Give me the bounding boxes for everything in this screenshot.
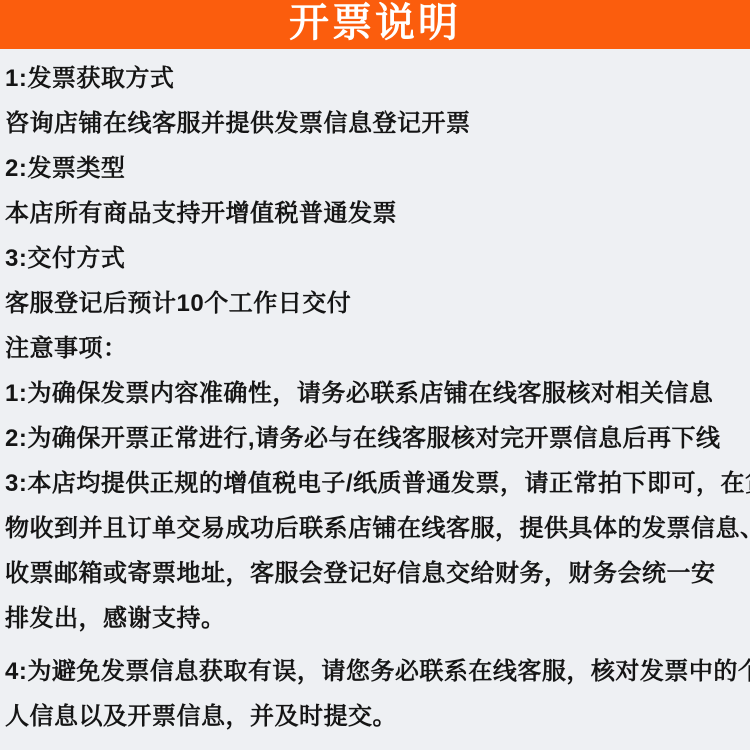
text-line-note-4-part-2: 人信息以及开票信息，并及时提交。: [5, 694, 746, 739]
text-line-note-4-part-1: 4:为避免发票信息获取有误，请您务必联系在线客服，核对发票中的个: [5, 649, 746, 694]
text-line-note-2: 2:为确保开票正常进行,请务必与在线客服核对完开票信息后再下线: [5, 416, 746, 461]
text-line-note-3-part-1: 3:本店均提供正规的增值税电子/纸质普通发票，请正常拍下即可，在货: [5, 461, 746, 506]
text-line-invoice-method-heading: 1:发票获取方式: [5, 56, 746, 101]
page-title: 开票说明: [289, 3, 461, 46]
text-line-note-3-part-3: 收票邮箱或寄票地址，客服会登记好信息交给财务，财务会统一安: [5, 551, 746, 596]
text-line-notes-heading: 注意事项：: [5, 326, 746, 371]
text-line-invoice-type-heading: 2:发票类型: [5, 146, 746, 191]
text-line-invoice-type-detail: 本店所有商品支持开增值税普通发票: [5, 191, 746, 236]
text-line-note-1: 1:为确保发票内容准确性，请务必联系店铺在线客服核对相关信息: [5, 371, 746, 416]
text-line-delivery-method-heading: 3:交付方式: [5, 236, 746, 281]
instructions-body: 1:发票获取方式 咨询店铺在线客服并提供发票信息登记开票 2:发票类型 本店所有…: [0, 49, 750, 739]
text-line-note-3-part-2: 物收到并且订单交易成功后联系店铺在线客服，提供具体的发票信息、: [5, 506, 746, 551]
text-line-note-3-part-4: 排发出，感谢支持。: [5, 596, 746, 641]
invoice-instructions-panel: 开票说明 1:发票获取方式 咨询店铺在线客服并提供发票信息登记开票 2:发票类型…: [0, 0, 750, 750]
title-bar: 开票说明: [0, 0, 750, 49]
text-line-delivery-method-detail: 客服登记后预计10个工作日交付: [5, 281, 746, 326]
text-line-invoice-method-detail: 咨询店铺在线客服并提供发票信息登记开票: [5, 101, 746, 146]
